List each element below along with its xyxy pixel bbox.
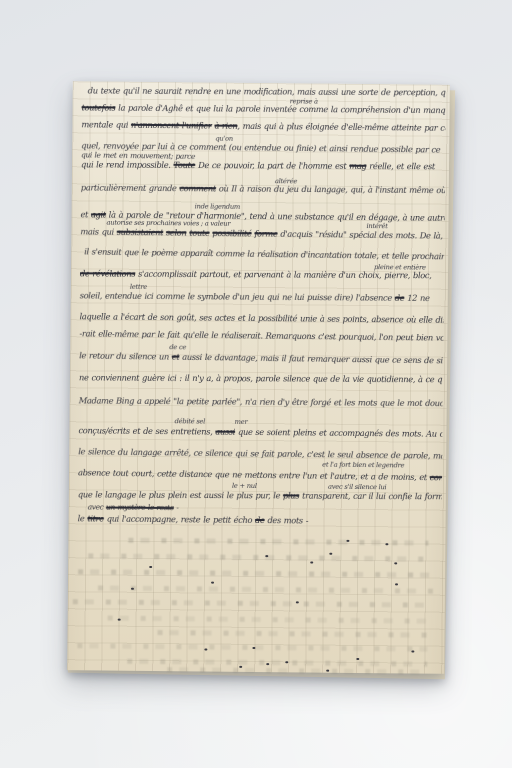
manuscript-line: le titre qui l'accompagne, reste le peti… <box>78 513 309 525</box>
manuscript-line: toutefois la parole d'Aghê et que lui la… <box>82 102 446 115</box>
struck-word: comment <box>430 472 446 483</box>
handwritten-text: , mais qui à plus éloignée d'elle-même a… <box>237 121 445 133</box>
interlinear-insert: intérêt <box>366 222 387 230</box>
handwritten-text: De ce pouvoir, la part de l'homme est <box>195 160 349 171</box>
interlinear-insert: et l'a fort bien et legendre <box>322 461 404 470</box>
interlinear-insert: reprise à <box>290 97 318 105</box>
manuscript-line: que le langage le plus plein est aussi l… <box>78 489 446 501</box>
interlinear-insert: avec s'il silence lui <box>328 483 386 492</box>
struck-word: un mystère le reste <box>106 503 174 513</box>
struck-word: mag <box>349 161 366 171</box>
interlinear-insert: de ce <box>169 343 186 351</box>
handwritten-text: que le langage le plus plein est aussi l… <box>78 489 283 500</box>
handwritten-text: conçus/écrits et de ses entretiens, <box>78 425 215 436</box>
manuscript-line: le silence du langage arrêté, ce silence… <box>78 446 446 461</box>
handwritten-text: qui l'accompagne, reste le petit écho <box>104 514 255 525</box>
handwritten-text: ne conviennent guère ici : il n'y a, à p… <box>79 372 446 384</box>
manuscript-line: Madame Bing a appelé "la petite parlée",… <box>79 395 446 408</box>
manuscript-line: le retour du silence un et aussi le dava… <box>79 350 446 365</box>
handwritten-text: aussi le davantage, mais il faut remarqu… <box>179 352 446 366</box>
handwritten-text: mentale qui <box>81 119 131 129</box>
handwritten-text: réelle, et elle est <box>366 161 435 171</box>
struck-word: titre <box>87 513 104 523</box>
manuscript-line: il s'ensuit que le poème apparaît comme … <box>84 246 446 261</box>
manuscript-line: conçus/écrits et de ses entretiens, auss… <box>78 425 445 439</box>
struck-word: comment <box>179 183 216 193</box>
interlinear-insert: altérée <box>275 177 297 185</box>
handwritten-text: -rait elle-même par le fait qu'elle le r… <box>79 328 445 342</box>
manuscript-line: -rait elle-même par le fait qu'elle le r… <box>79 328 445 342</box>
manuscript-line: mais qui subsistaient selon toute possib… <box>80 226 442 240</box>
handwritten-text: 12 ne <box>404 293 429 303</box>
struck-word: de <box>255 515 265 525</box>
struck-word: à rien <box>214 121 237 131</box>
handwritten-text: absence tout court, cette distance que n… <box>78 467 430 482</box>
handwritten-text: - <box>174 503 179 512</box>
manuscript-line: du texte qu'il ne saurait rendre en une … <box>88 85 446 97</box>
manuscript-page: du texte qu'il ne saurait rendre en une … <box>67 81 450 674</box>
handwritten-text: et <box>81 209 92 219</box>
handwritten-text: la parole d'Aghê et que lui la parole in… <box>115 103 446 116</box>
manuscript-line: laquelle a l'écart de son goût, ses acte… <box>80 311 446 325</box>
handwritten-text: le retour du silence un <box>79 350 172 361</box>
handwritten-text: transparent, car il lui confie la forme … <box>299 490 446 501</box>
handwritten-text: des mots - <box>265 515 309 525</box>
manuscript-text: du texte qu'il ne saurait rendre en une … <box>74 81 446 673</box>
struck-word: de <box>395 293 405 303</box>
struck-word: possibilité <box>212 228 251 238</box>
struck-word: selon <box>166 227 187 237</box>
manuscript-line: qui le rend impossible. Toute De ce pouv… <box>81 159 435 171</box>
struck-word: de révélations <box>80 268 135 278</box>
handwritten-text: mais qui <box>80 226 116 236</box>
handwritten-text: où Il à raison du jeu du langage, qui, à… <box>216 183 446 195</box>
handwritten-text: laquelle a l'écart de son goût, ses acte… <box>80 311 446 325</box>
manuscript-line: particulièrement grande comment où Il à … <box>81 182 446 195</box>
handwritten-text: qui le rend impossible. <box>81 159 174 170</box>
interlinear-insert: autorise ses prochaines voies ; a valeur <box>106 219 230 228</box>
manuscript-line: ne conviennent guère ici : il n'y a, à p… <box>79 372 446 384</box>
struck-word: forme <box>254 228 277 238</box>
manuscript-line: soleil, entendue ici comme le symbole d'… <box>80 290 430 303</box>
photo-background: du texte qu'il ne saurait rendre en une … <box>0 0 512 768</box>
struck-word: subsistaient <box>117 227 164 238</box>
handwritten-text: d'acquis "résidu" spécial des mots. De l… <box>277 229 442 241</box>
interlinear-insert: débité sel <box>175 417 206 425</box>
struck-word: toutefois <box>82 102 116 112</box>
interlinear-insert: lettre <box>130 283 147 291</box>
struck-word: aussi <box>215 427 235 437</box>
struck-word: toute <box>189 228 209 238</box>
handwritten-text: le silence du langage arrêté, ce silence… <box>78 446 446 461</box>
struck-word: Toute <box>173 160 195 170</box>
manuscript-line: avec un mystère le reste - <box>88 502 179 512</box>
interlinear-insert: inde ligendum <box>195 202 241 210</box>
handwritten-text: du texte qu'il ne saurait rendre en une … <box>88 85 446 97</box>
handwritten-text: soleil, entendue ici comme le symbole d'… <box>80 290 395 302</box>
interlinear-insert: pleine et entière <box>374 263 426 271</box>
handwritten-text: il s'ensuit que le poème apparaît comme … <box>84 246 446 261</box>
interlinear-insert: le + nul <box>232 482 257 490</box>
struck-word: agit <box>91 209 106 219</box>
handwritten-text: avec <box>88 502 106 511</box>
handwritten-text: particulièrement grande <box>81 182 180 193</box>
interlinear-insert: qu'on <box>215 135 233 143</box>
handwritten-text: Madame Bing a appelé "la petite parlée",… <box>79 395 446 408</box>
manuscript-line: mentale qui n'annoncent l'unifier à rien… <box>81 119 445 133</box>
handwritten-text: que se soient pleins et accompagnés des … <box>235 427 446 439</box>
struck-word: plus <box>283 490 299 500</box>
struck-word: n'annoncent l'unifier <box>131 120 212 131</box>
manuscript-line: absence tout court, cette distance que n… <box>78 467 446 483</box>
handwritten-text: le <box>78 513 88 523</box>
interlinear-insert: mer <box>235 418 248 426</box>
